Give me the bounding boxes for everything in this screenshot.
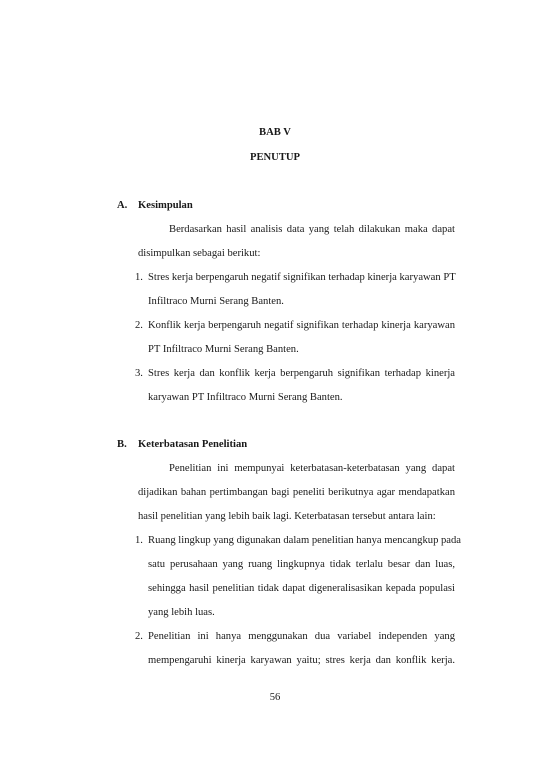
section-a-item-3-number: 3. (135, 368, 143, 379)
section-b-item-2-line-2: mempengaruhi kinerja karyawan yaitu; str… (148, 655, 455, 666)
section-b-intro-line-3: hasil penelitian yang lebih baik lagi. K… (138, 511, 436, 522)
section-b-item-1-number: 1. (135, 535, 143, 546)
section-b-marker: B. (117, 439, 127, 450)
section-b-item-1-line-2: satu perusahaan yang ruang lingkupnya ti… (148, 559, 455, 570)
section-a-item-3-line-2: karyawan PT Infiltraco Murni Serang Bant… (148, 392, 343, 403)
document-page: BAB V PENUTUP A. Kesimpulan Berdasarkan … (0, 0, 550, 777)
section-b-item-1-line-3: sehingga hasil penelitian tidak dapat di… (148, 583, 455, 594)
section-a-item-2-line-1: Konflik kerja berpengaruh negatif signif… (148, 320, 455, 331)
section-a-item-3-line-1: Stres kerja dan konflik kerja berpengaru… (148, 368, 455, 379)
chapter-title: PENUTUP (0, 152, 550, 163)
section-a-item-2-line-2: PT Infiltraco Murni Serang Banten. (148, 344, 299, 355)
section-b-intro-line-2: dijadikan bahan pertimbangan bagi peneli… (138, 487, 455, 498)
section-b-item-2-line-1: Penelitian ini hanya menggunakan dua var… (148, 631, 455, 642)
section-a-item-1-line-1: Stres kerja berpengaruh negatif signifik… (148, 272, 455, 283)
section-b-item-1-line-1: Ruang lingkup yang digunakan dalam penel… (148, 535, 455, 546)
section-a-item-2-number: 2. (135, 320, 143, 331)
page-number: 56 (0, 692, 550, 703)
section-a-marker: A. (117, 200, 127, 211)
section-a-intro-line-2: disimpulkan sebagai berikut: (138, 248, 260, 259)
chapter-label: BAB V (0, 127, 550, 138)
section-a-item-1-number: 1. (135, 272, 143, 283)
section-b-intro-line-1: Penelitian ini mempunyai keterbatasan-ke… (169, 463, 455, 474)
section-b-item-2-number: 2. (135, 631, 143, 642)
section-b-item-1-line-4: yang lebih luas. (148, 607, 215, 618)
section-a-heading: Kesimpulan (138, 200, 193, 211)
section-a-item-1-line-2: Infiltraco Murni Serang Banten. (148, 296, 284, 307)
section-a-intro-line-1: Berdasarkan hasil analisis data yang tel… (169, 224, 455, 235)
section-b-heading: Keterbatasan Penelitian (138, 439, 247, 450)
